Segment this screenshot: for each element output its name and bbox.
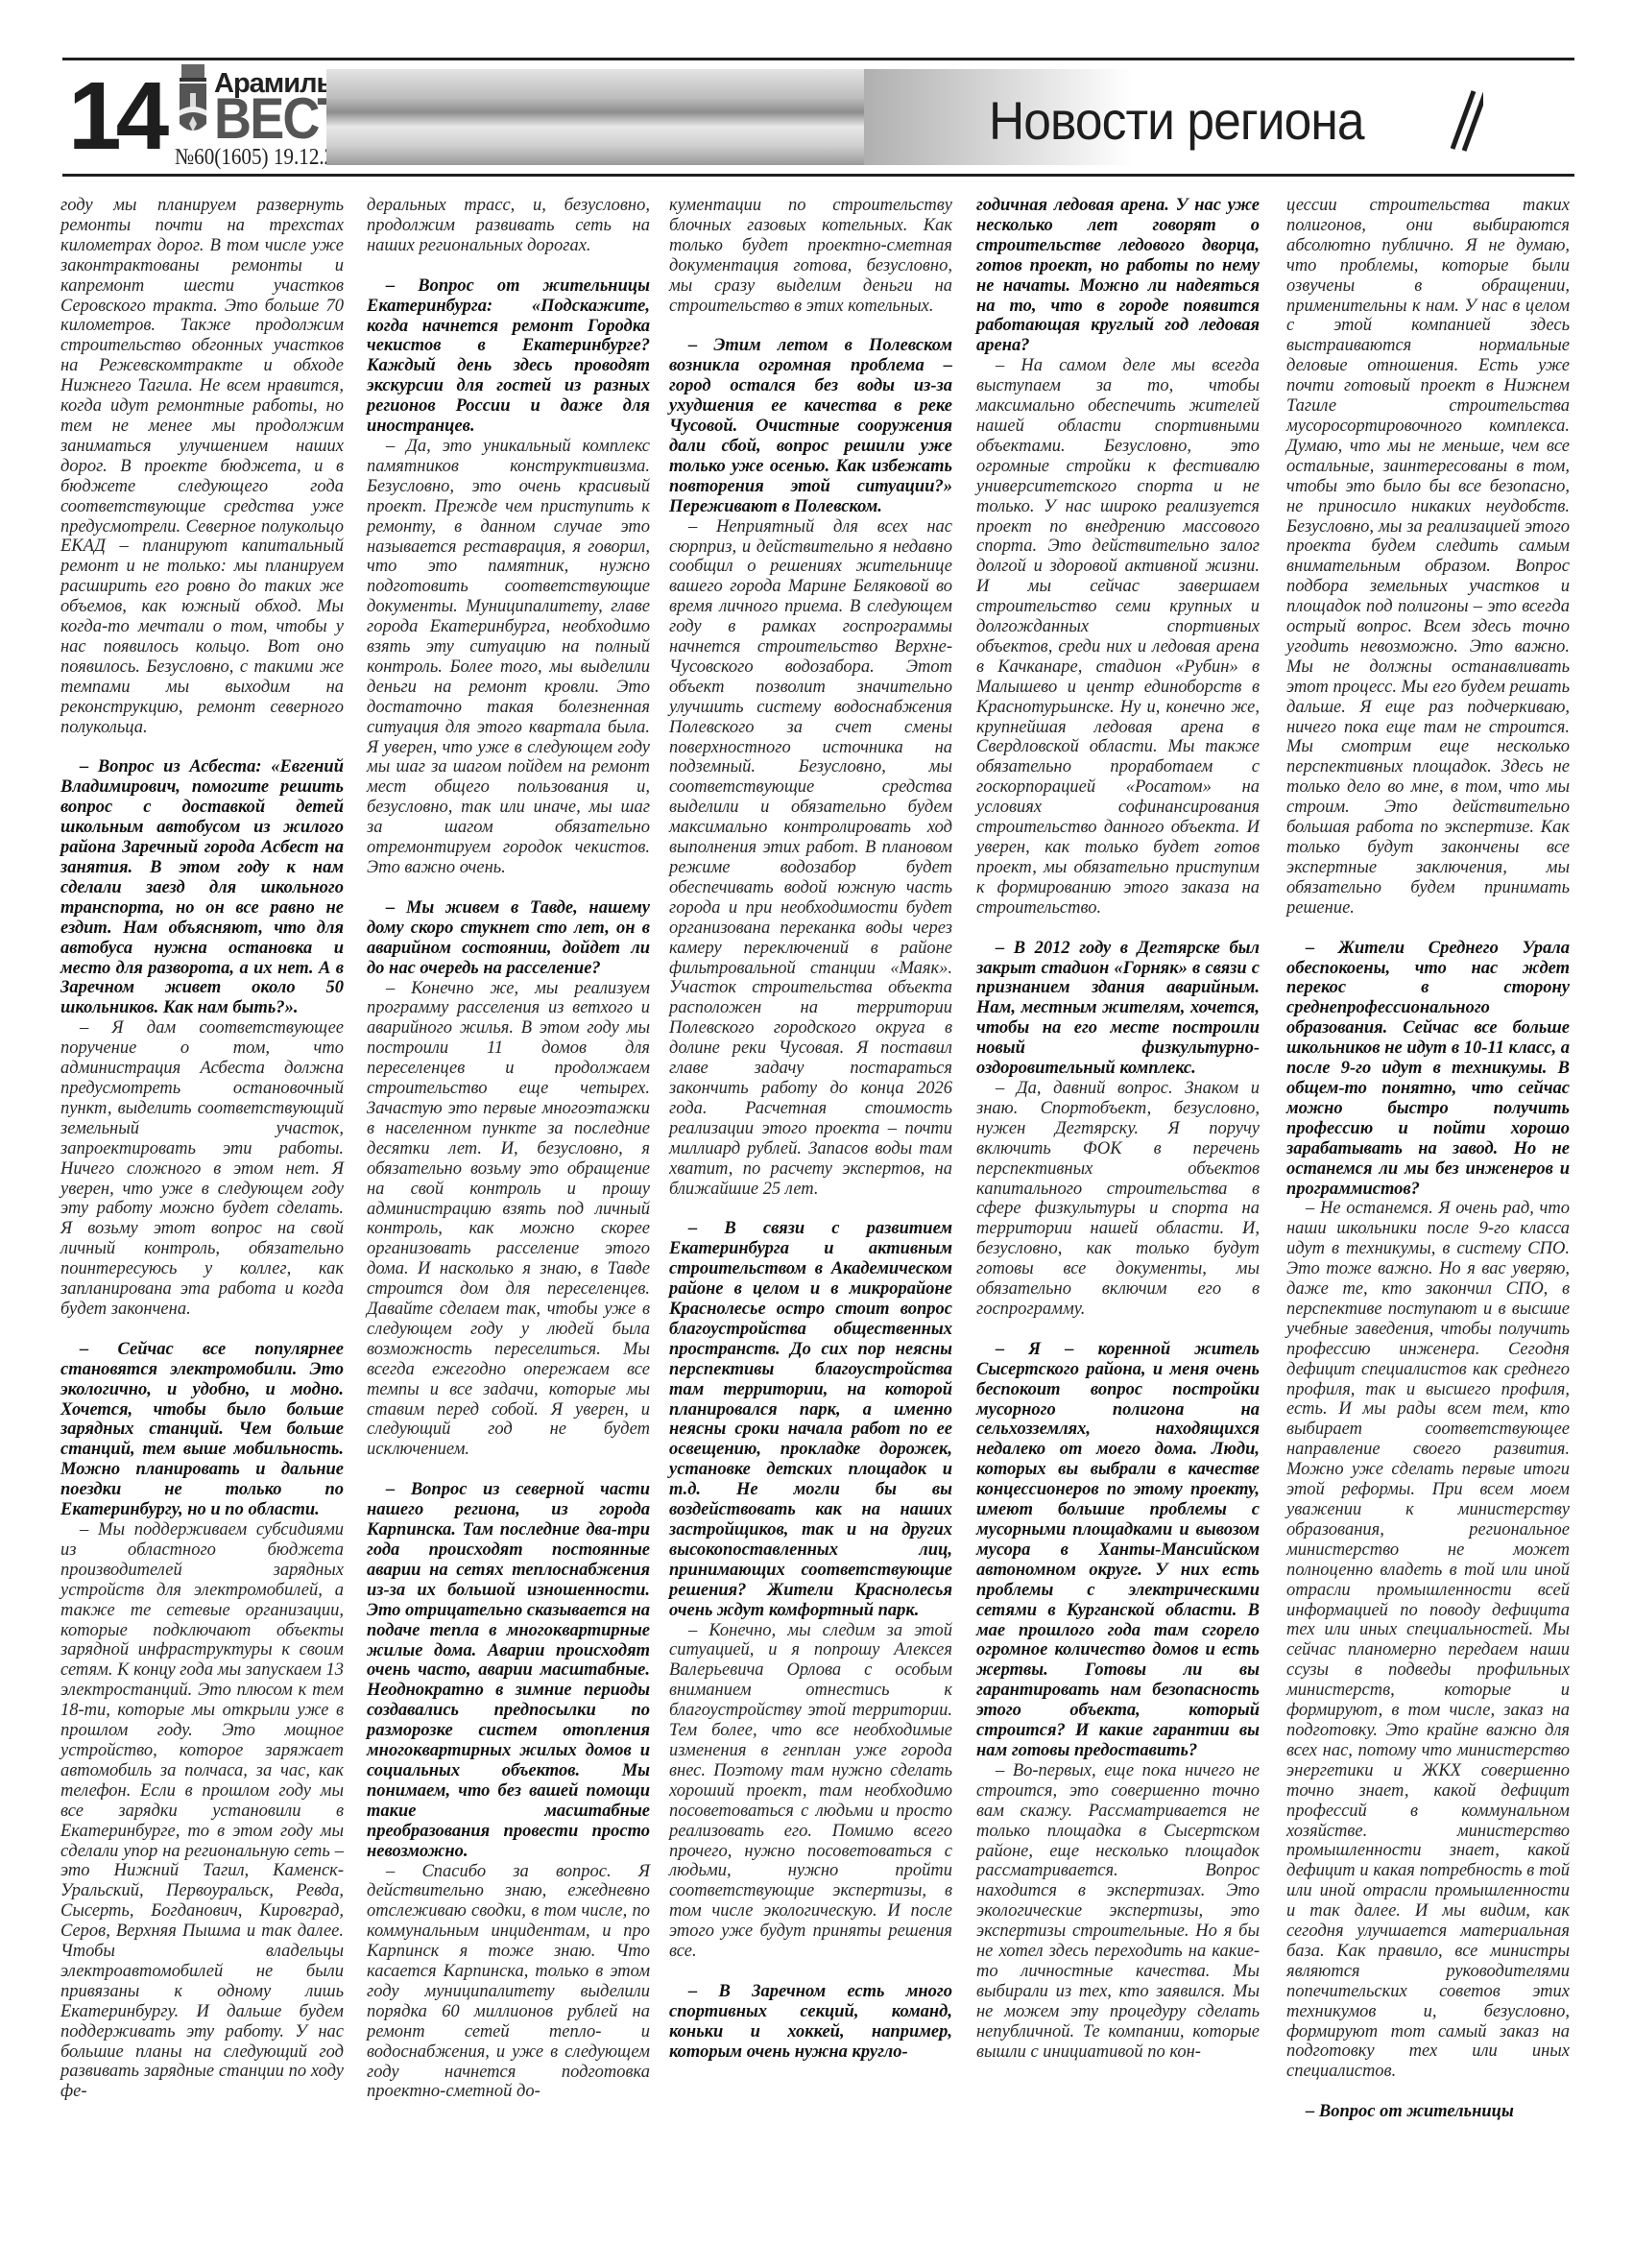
answer-paragraph: – Спасибо за вопрос. Я действительно зна…: [367, 1862, 650, 2103]
question-paragraph: – В связи с развитием Екатеринбурга и ак…: [669, 1219, 952, 1620]
question-paragraph: – Сейчас все популярнее становятся элект…: [60, 1340, 344, 1520]
article-column-5: цессии строительства таких полигонов, он…: [1286, 196, 1570, 2122]
answer-paragraph: – На самом деле мы всегда выступаем за т…: [976, 356, 1260, 918]
article-column-4: годичная ледовая арена. У нас уже нескол…: [976, 196, 1260, 2062]
panorama-photo: [326, 69, 864, 165]
answer-paragraph: – Да, давний вопрос. Знаком и знаю. Спор…: [976, 1079, 1260, 1320]
city-coat-of-arms-icon: [178, 64, 208, 137]
question-paragraph: – Я – коренной житель Сысертского района…: [976, 1340, 1260, 1761]
question-paragraph: – Мы живем в Тавде, нашему дому скоро ст…: [367, 898, 650, 979]
question-paragraph: – Этим летом в Полевском возникла огромн…: [669, 336, 952, 516]
answer-paragraph: деральных трасс, и, безусловно, продолжи…: [367, 196, 650, 256]
question-paragraph: – Жители Среднего Урала обеспокоены, что…: [1286, 939, 1570, 1200]
answer-paragraph: – Мы поддерживаем субсидиями из областно…: [60, 1520, 344, 2102]
question-paragraph: – Вопрос из Асбеста: «Евгений Владимиров…: [60, 757, 344, 1018]
section-title: Новости региона: [989, 89, 1364, 152]
answer-paragraph: – Я дам соответствующее поручение о том,…: [60, 1018, 344, 1320]
answer-paragraph: – Неприятный для всех нас сюрприз, и дей…: [669, 517, 952, 1200]
question-paragraph: – Вопрос из северной части нашего регион…: [367, 1480, 650, 1861]
question-paragraph: – Вопрос от жительницы: [1286, 2102, 1570, 2122]
page-number: 14: [68, 68, 163, 164]
question-paragraph: – В Заречном есть много спортивных секци…: [669, 1982, 952, 2063]
answer-paragraph: кументации по строительству блочных газо…: [669, 196, 952, 316]
answer-paragraph: – Конечно, мы следим за этой ситуацией, …: [669, 1621, 952, 1962]
question-paragraph: – В 2012 году в Дегтярске был закрыт ста…: [976, 939, 1260, 1079]
answer-paragraph: – Да, это уникальный комплекс памятников…: [367, 437, 650, 878]
question-paragraph: – Вопрос от жительницы Екатеринбурга: «П…: [367, 276, 650, 437]
double-slash-icon: [1435, 89, 1483, 152]
answer-paragraph: – Не останемся. Я очень рад, что наши шк…: [1286, 1199, 1570, 2082]
question-paragraph: годичная ледовая арена. У нас уже нескол…: [976, 196, 1260, 356]
article-column-2: деральных трасс, и, безусловно, продолжи…: [367, 196, 650, 2102]
answer-paragraph: – Во-первых, еще пока ничего не строится…: [976, 1761, 1260, 2063]
article-column-3: кументации по строительству блочных газо…: [669, 196, 952, 2063]
answer-paragraph: цессии строительства таких полигонов, он…: [1286, 196, 1570, 919]
masthead: 14 Арамильские ВЕСТИ №60(1605) 19.12.202…: [62, 60, 1574, 176]
article-column-1: году мы планируем развернуть ремонты поч…: [60, 196, 344, 2102]
answer-paragraph: году мы планируем развернуть ремонты поч…: [60, 196, 344, 737]
answer-paragraph: – Конечно же, мы реализуем программу рас…: [367, 979, 650, 1461]
